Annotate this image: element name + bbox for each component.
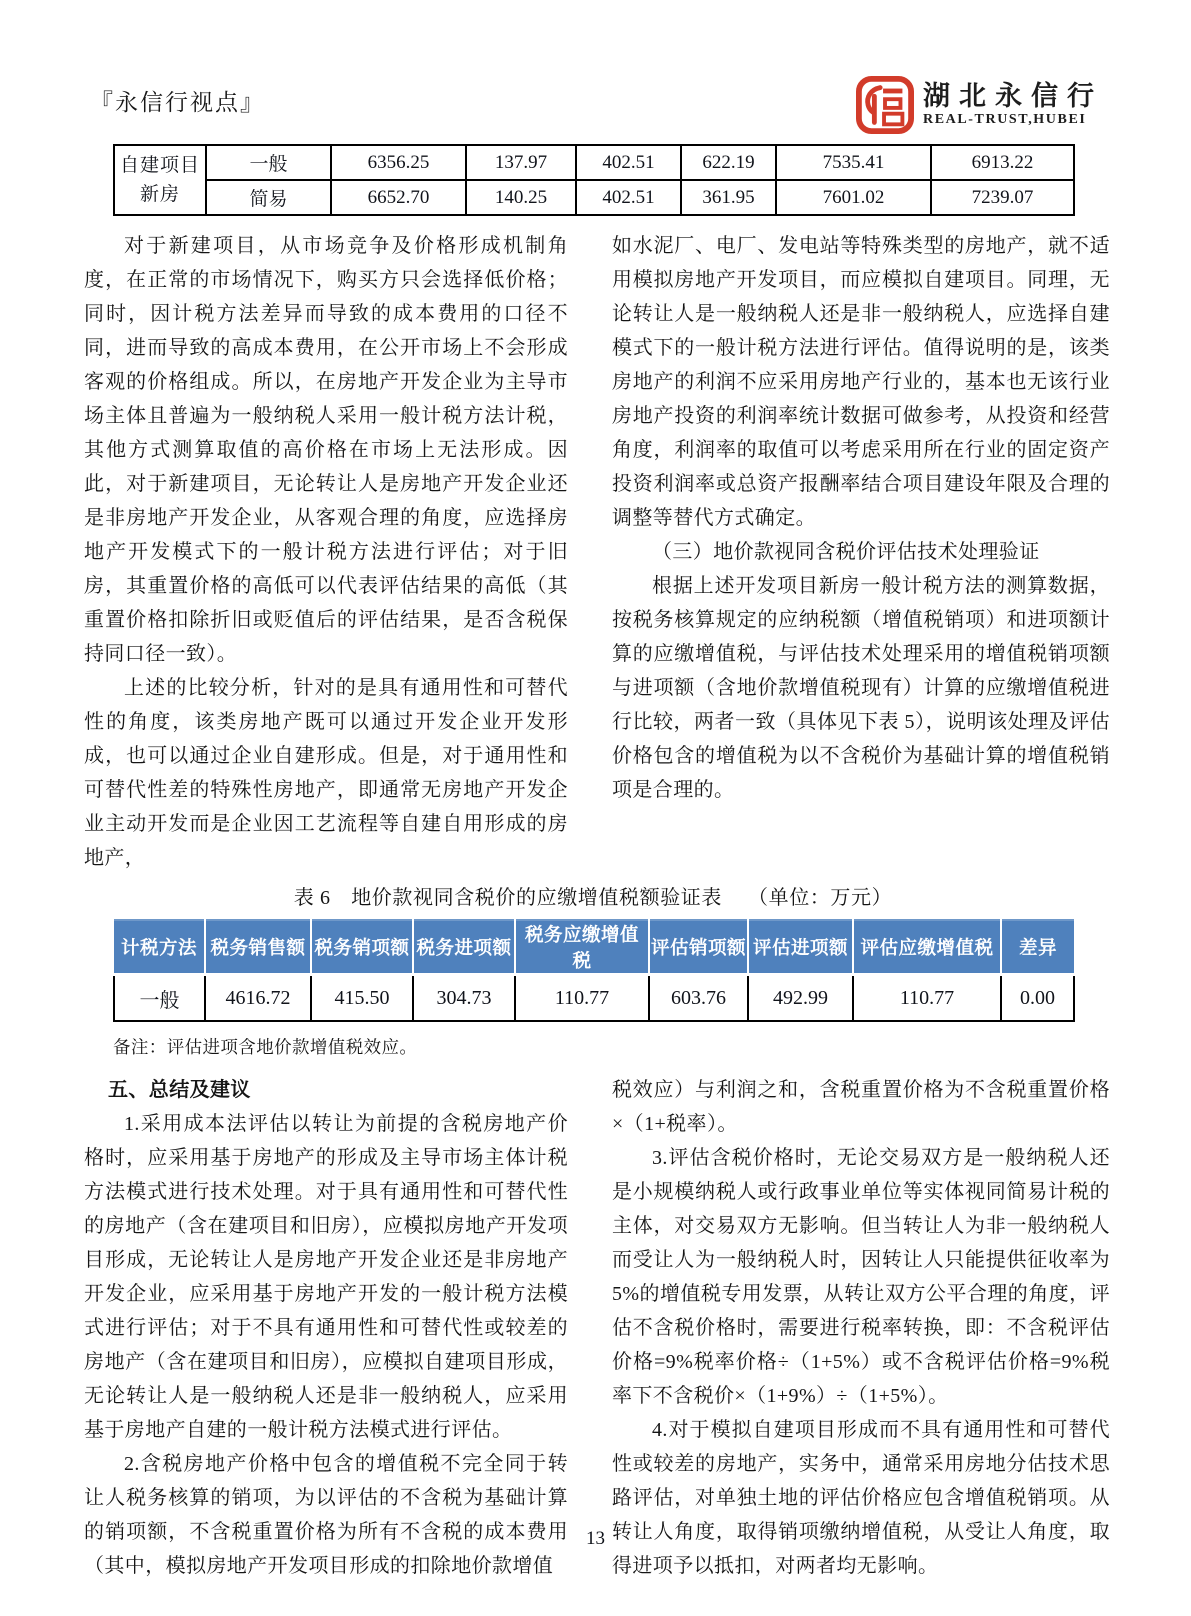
value-cell: 110.77 <box>515 975 649 1022</box>
value-cell: 6913.22 <box>931 145 1074 180</box>
section-heading: 五、总结及建议 <box>84 1073 568 1107</box>
column-header: 评估进项额 <box>748 920 853 975</box>
value-cell: 110.77 <box>853 975 1001 1022</box>
column-header: 评估应缴增值税 <box>853 920 1001 975</box>
value-cell: 7535.41 <box>776 145 931 180</box>
table-row: 自建项目 新房 一般 6356.25 137.97 402.51 622.19 … <box>114 145 1074 180</box>
carryover-table: 自建项目 新房 一般 6356.25 137.97 402.51 622.19 … <box>113 144 1075 216</box>
lower-right-column: 税效应）与利润之和，含税重置价格为不含税重置价格×（1+税率）。 3.评估含税价… <box>612 1073 1110 1583</box>
value-cell: 304.73 <box>413 975 515 1022</box>
lower-left-column: 五、总结及建议 1.采用成本法评估以转让为前提的含税房地产价格时，应采用基于房地… <box>84 1073 568 1583</box>
row-group-label-line1: 自建项目 <box>120 155 200 176</box>
table6-title: 表 6 地价款视同含税价的应缴增值税额验证表 <box>294 887 722 909</box>
company-logo: 湖北永信行 REAL-TRUST,HUBEI <box>856 76 1103 134</box>
masthead-title: 『永信行视点』 <box>90 84 265 117</box>
carryover-table-wrap: 自建项目 新房 一般 6356.25 137.97 402.51 622.19 … <box>113 144 1110 216</box>
method-cell: 一般 <box>114 975 205 1022</box>
value-cell: 4616.72 <box>205 975 311 1022</box>
brand-text: 湖北永信行 REAL-TRUST,HUBEI <box>923 82 1103 128</box>
table-row: 简易 6652.70 140.25 402.51 361.95 7601.02 … <box>114 180 1074 215</box>
column-header: 计税方法 <box>114 920 205 975</box>
row-group-label-line2: 新房 <box>140 184 180 205</box>
value-cell: 361.95 <box>681 180 776 215</box>
method-cell: 简易 <box>206 180 331 215</box>
column-header: 税务销项额 <box>311 920 413 975</box>
value-cell: 492.99 <box>748 975 853 1022</box>
column-header: 差异 <box>1001 920 1074 975</box>
method-cell: 一般 <box>206 145 331 180</box>
table6-data-row: 一般 4616.72 415.50 304.73 110.77 603.76 4… <box>114 975 1074 1022</box>
brand-name-en: REAL-TRUST,HUBEI <box>923 112 1103 128</box>
row-group-label: 自建项目 新房 <box>114 145 206 215</box>
body-paragraph: 税效应）与利润之和，含税重置价格为不含税重置价格×（1+税率）。 <box>612 1073 1110 1141</box>
body-paragraph: 2.含税房地产价格中包含的增值税不完全同于转让人税务核算的销项，为以评估的不含税… <box>84 1447 568 1583</box>
body-paragraph: 对于新建项目，从市场竞争及价格形成机制角度，在正常的市场情况下，购买方只会选择低… <box>84 229 568 671</box>
body-paragraph: 如水泥厂、电厂、发电站等特殊类型的房地产，就不适用模拟房地产开发项目，而应模拟自… <box>612 229 1110 535</box>
value-cell: 402.51 <box>576 145 681 180</box>
table6-caption: 表 6 地价款视同含税价的应缴增值税额验证表（单位：万元） <box>113 881 1073 910</box>
document-page: 『永信行视点』 湖北永信行 REAL-TRUST,HUBEI <box>0 0 1191 1616</box>
body-paragraph: 上述的比较分析，针对的是具有通用性和可替代性的角度，该类房地产既可以通过开发企业… <box>84 671 568 875</box>
upper-columns: 对于新建项目，从市场竞争及价格形成机制角度，在正常的市场情况下，购买方只会选择低… <box>84 229 1110 875</box>
value-cell: 140.25 <box>466 180 576 215</box>
column-header: 税务应缴增值税 <box>515 920 649 975</box>
company-seal-icon <box>856 76 914 134</box>
value-cell: 7601.02 <box>776 180 931 215</box>
column-header: 税务进项额 <box>413 920 515 975</box>
value-cell: 7239.07 <box>931 180 1074 215</box>
body-paragraph: 1.采用成本法评估以转让为前提的含税房地产价格时，应采用基于房地产的形成及主导市… <box>84 1107 568 1447</box>
value-cell: 137.97 <box>466 145 576 180</box>
lower-columns: 五、总结及建议 1.采用成本法评估以转让为前提的含税房地产价格时，应采用基于房地… <box>84 1073 1110 1583</box>
value-cell: 622.19 <box>681 145 776 180</box>
table6-unit: （单位：万元） <box>748 887 892 909</box>
table6-note: 备注：评估进项含地价款增值税效应。 <box>113 1034 1110 1059</box>
value-cell: 6652.70 <box>331 180 466 215</box>
value-cell: 0.00 <box>1001 975 1074 1022</box>
upper-right-column: 如水泥厂、电厂、发电站等特殊类型的房地产，就不适用模拟房地产开发项目，而应模拟自… <box>612 229 1110 875</box>
body-paragraph: 4.对于模拟自建项目形成而不具有通用性和可替代性或较差的房地产，实务中，通常采用… <box>612 1413 1110 1583</box>
table6-header-row: 计税方法 税务销售额 税务销项额 税务进项额 税务应缴增值税 评估销项额 评估进… <box>114 920 1074 975</box>
upper-left-column: 对于新建项目，从市场竞争及价格形成机制角度，在正常的市场情况下，购买方只会选择低… <box>84 229 568 875</box>
value-cell: 402.51 <box>576 180 681 215</box>
body-paragraph: 根据上述开发项目新房一般计税方法的测算数据，按税务核算规定的应纳税额（增值税销项… <box>612 569 1110 807</box>
value-cell: 603.76 <box>649 975 748 1022</box>
column-header: 评估销项额 <box>649 920 748 975</box>
value-cell: 415.50 <box>311 975 413 1022</box>
body-paragraph: 3.评估含税价格时，无论交易双方是一般纳税人还是小规模纳税人或行政事业单位等实体… <box>612 1141 1110 1413</box>
table6: 计税方法 税务销售额 税务销项额 税务进项额 税务应缴增值税 评估销项额 评估进… <box>113 919 1075 1022</box>
column-header: 税务销售额 <box>205 920 311 975</box>
page-number: 13 <box>0 1528 1191 1550</box>
value-cell: 6356.25 <box>331 145 466 180</box>
subsection-heading: （三）地价款视同含税价评估技术处理验证 <box>612 535 1110 569</box>
brand-name-cn: 湖北永信行 <box>923 82 1103 110</box>
